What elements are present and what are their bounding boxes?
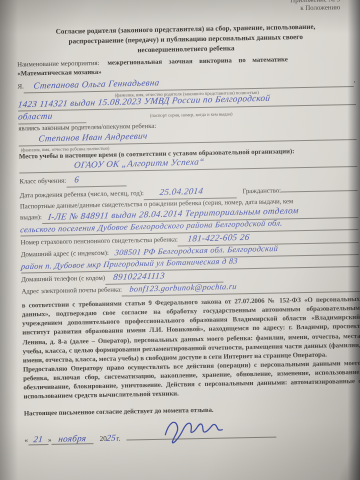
document-photo: Приложение № 3 к Положению Согласие роди… <box>0 0 360 480</box>
parent-comma: , <box>354 77 356 86</box>
address-handwriting1: 308501 РФ Белгородская обл. Белгородский <box>114 245 278 257</box>
birth-cert-label-line2: выдан): <box>20 214 42 223</box>
class-label: Класс обучения: <box>19 178 66 188</box>
email-handwriting: bonf123.gorbunok@pochta.ru <box>129 283 237 294</box>
consent-paragraph-1: в соответствии с требованиями статьи 9 Ф… <box>22 295 360 365</box>
appendix-note: Приложение № 3 к Положению <box>16 0 340 19</box>
school-handwriting: ОГАОУ ОК „Алгоритм Успеха“ <box>74 158 205 170</box>
parent-passport-caption: (паспорт серия, номер, когда и кем выдан… <box>86 109 356 120</box>
date-year-handwriting: 25 <box>106 434 117 443</box>
date-day-field: 21 <box>28 435 48 445</box>
phone-handwriting: 89102241113 <box>112 272 165 282</box>
consent-form-page: Приложение № 3 к Положению Согласие роди… <box>0 0 360 447</box>
form-title: Согласие родителя (законного представите… <box>17 22 356 58</box>
parent-passport-field2: области <box>18 111 86 124</box>
birthdate-label: Дата рождения ребенка (число, месяц, год… <box>20 191 144 202</box>
class-field: 6 <box>66 175 126 188</box>
parent-signature-stroke <box>160 415 233 446</box>
email-label: Адрес электронной почты ребенка: <box>22 287 123 298</box>
consent-paragraph-2: Предоставляю Оператору право осуществлят… <box>23 359 360 402</box>
child-name-handwriting: Степанов Иван Андреевич <box>38 132 148 144</box>
snils-handwriting: 181-422-605 26 <box>187 233 250 244</box>
parent-passport-handwriting2: области <box>18 112 53 122</box>
phone-row-spacer <box>223 275 359 278</box>
citizenship-label: Гражданство: <box>236 188 281 198</box>
parent-signature-field <box>126 427 276 441</box>
date-year-suffix: г. <box>116 435 126 443</box>
birthdate-handwriting: 25.04.2014 <box>159 187 204 197</box>
class-handwriting: 6 <box>74 176 80 185</box>
email-field: bonf123.gorbunok@pochta.ru <box>122 281 360 297</box>
parent-name-handwriting: Степанова Ольга Геннадьевна <box>33 78 160 90</box>
phone-label: Домашний телефон (с кодом) <box>21 275 105 286</box>
address-label: Домашний адрес (с индексом): <box>21 250 109 261</box>
signature-row-spacer <box>276 437 316 438</box>
date-month-handwriting: ноября <box>58 435 87 445</box>
date-day-handwriting: 21 <box>33 435 44 444</box>
birthdate-field: 25.04.2014 <box>144 187 237 201</box>
class-row-spacer <box>126 177 357 181</box>
signature-row: « 21 » ноября 20 25 г. <box>24 425 360 446</box>
date-month-field: ноября <box>52 435 94 446</box>
citizenship-field <box>281 183 358 192</box>
